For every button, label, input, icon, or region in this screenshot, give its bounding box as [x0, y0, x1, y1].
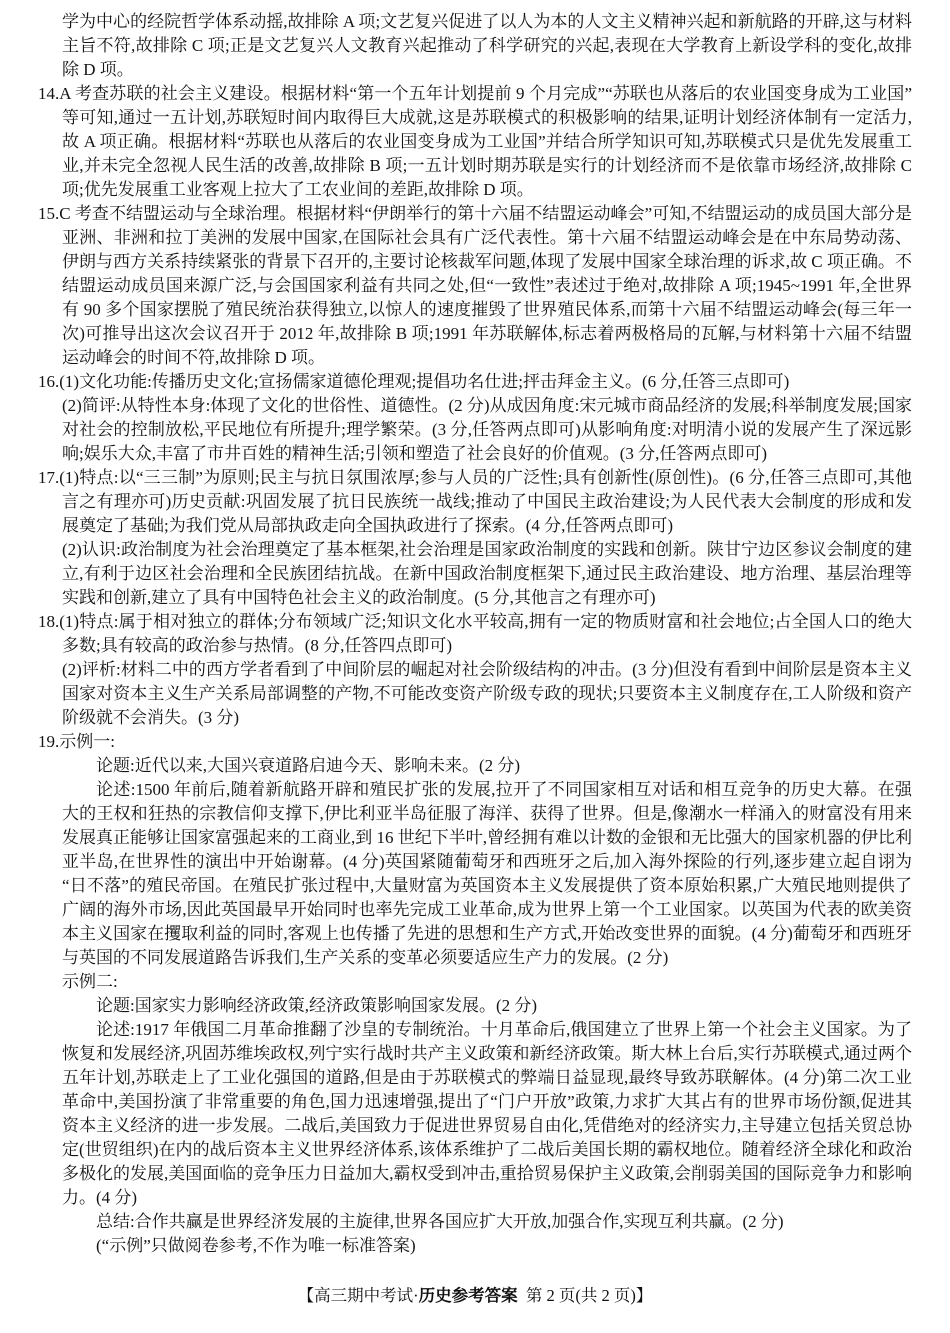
- answer-19-note: (“示例”只做阅卷参考,不作为唯一标准答案): [62, 1234, 912, 1258]
- footer-page-number: 第 2 页(共 2 页)】: [518, 1286, 653, 1305]
- footer-subject-title: 历史参考答案: [419, 1286, 518, 1305]
- answer-19-example1-discussion: 论述:1500 年前后,随着新航路开辟和殖民扩张的发展,拉开了不同国家相互对话和…: [62, 778, 912, 970]
- answer-14: 14.A 考查苏联的社会主义建设。根据材料“第一个五年计划提前 9 个月完成”“…: [62, 82, 912, 202]
- exam-answer-key-page: 学为中心的经院哲学体系动摇,故排除 A 项;文艺复兴促进了以人为本的人文主义精神…: [0, 0, 950, 1333]
- answer-17-part1: 17.(1)特点:以“三三制”为原则;民主与抗日氛围浓厚;参与人员的广泛性;具有…: [62, 466, 912, 538]
- answer-18-part2: (2)评析:材料二中的西方学者看到了中间阶层的崛起对社会阶级结构的冲击。(3 分…: [62, 658, 912, 730]
- footer-exam-name: 【高三期中考试·: [298, 1286, 419, 1305]
- answer-18-part1: 18.(1)特点:属于相对独立的群体;分布领域广泛;知识文化水平较高,拥有一定的…: [62, 610, 912, 658]
- answer-19-example1-heading: 19.示例一:: [62, 730, 912, 754]
- answer-content: 学为中心的经院哲学体系动摇,故排除 A 项;文艺复兴促进了以人为本的人文主义精神…: [38, 10, 912, 1258]
- answer-19-example2-topic: 论题:国家实力影响经济政策,经济政策影响国家发展。(2 分): [62, 994, 912, 1018]
- answer-17-part2: (2)认识:政治制度为社会治理奠定了基本框架,社会治理是国家政治制度的实践和创新…: [62, 538, 912, 610]
- answer-19-summary: 总结:合作共赢是世界经济发展的主旋律,世界各国应扩大开放,加强合作,实现互利共赢…: [62, 1210, 912, 1234]
- answer-15: 15.C 考查不结盟运动与全球治理。根据材料“伊朗举行的第十六届不结盟运动峰会”…: [62, 202, 912, 370]
- answer-16-part1: 16.(1)文化功能:传播历史文化;宣扬儒家道德伦理观;提倡功名仕进;抨击拜金主…: [62, 370, 912, 394]
- answer-16-part2: (2)简评:从特性本身:体现了文化的世俗性、道德性。(2 分)从成因角度:宋元城…: [62, 394, 912, 466]
- answer-19-example2-discussion: 论述:1917 年俄国二月革命推翻了沙皇的专制统治。十月革命后,俄国建立了世界上…: [62, 1018, 912, 1210]
- page1-carryover-answer-13: 学为中心的经院哲学体系动摇,故排除 A 项;文艺复兴促进了以人为本的人文主义精神…: [62, 10, 912, 82]
- answer-19-example2-heading: 示例二:: [62, 970, 912, 994]
- answer-19-example1-topic: 论题:近代以来,大国兴衰道路启迪今天、影响未来。(2 分): [62, 754, 912, 778]
- page-footer: 【高三期中考试·历史参考答案 第 2 页(共 2 页)】: [0, 1284, 950, 1308]
